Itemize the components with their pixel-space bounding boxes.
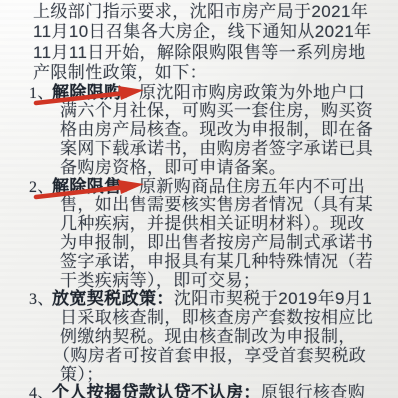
list-item-4: 4、个人按揭贷款认贷不认房：原银行核查购: [29, 384, 398, 398]
item-2-cont-line: 签字承诺，申报具有某几种特殊情况（若: [60, 253, 398, 272]
item-2-text: 原新购商品住房五年内不可出: [139, 177, 365, 196]
item-2-number: 2、: [29, 179, 52, 198]
intro-line-3: 11月11日开始，解除限购限售等一系列房地: [33, 43, 398, 63]
list-item-1: 1、解除限购：原沈阳市购房政策为外地户口: [29, 84, 398, 103]
intro-line-4: 产限制性政策，如下：: [33, 63, 398, 83]
item-2-cont-line: 为申报制，即出售者按房产局制式承诺书: [60, 234, 398, 253]
item-4-heading: 个人按揭贷款认贷不认房：: [52, 383, 261, 398]
item-1-cont-line: 格由房产局核查。现改为申报制，即在备: [60, 121, 398, 140]
item-3-cont-line: 例缴纳契税。现由核查制改为申报制，: [60, 328, 398, 347]
list-item-3: 3、放宽契税政策：沈阳市契税于2019年9月1: [29, 290, 398, 309]
item-1-text: 原沈阳市购房政策为外地户口: [139, 83, 365, 102]
item-1-number: 1、: [29, 85, 52, 104]
item-2-cont-line: 干类疾病等），即可交易；: [60, 272, 398, 291]
item-3-cont-line: （购房者可按首套申报，享受首套契税政: [53, 347, 398, 366]
item-3-text: 沈阳市契税于2019年9月1: [174, 289, 372, 308]
item-2-cont-line: 售，如出售需要核实售房者情况（具有某: [60, 196, 398, 215]
item-1-cont-line: 满六个月社保，可购买一套住房，购买资: [60, 102, 398, 121]
item-3-heading: 放宽契税政策：: [52, 289, 174, 308]
item-1-heading: 解除限购：: [52, 83, 139, 102]
item-3-number: 3、: [29, 291, 52, 310]
intro-line-2: 11月10日召集各大房企，线下通知从2021年: [33, 22, 398, 42]
intro-line-1: 上级部门指示要求，沈阳市房产局于2021年: [33, 2, 398, 22]
item-2-heading: 解除限售：: [52, 177, 139, 196]
item-2-cont-line: 几种疾病，并提供相关证明材料）。现改: [60, 215, 398, 234]
item-3-cont-line: 策）；: [60, 366, 398, 385]
item-3-cont-line: 日采取核查制，即核查房产套数按相应比: [60, 309, 398, 328]
item-4-number: 4、: [29, 385, 52, 398]
document-text: 上级部门指示要求，沈阳市房产局于2021年 11月10日召集各大房企，线下通知从…: [0, 2, 398, 398]
list-item-2: 2、解除限售：原新购商品住房五年内不可出: [29, 178, 398, 197]
item-1-cont-line: 案网下载承诺书，由购房者签字承诺已具: [60, 140, 398, 159]
item-4-text: 原银行核查购: [261, 383, 365, 398]
item-1-cont-line: 备购房资格，即可申请备案。: [60, 159, 398, 178]
document-photo: 上级部门指示要求，沈阳市房产局于2021年 11月10日召集各大房企，线下通知从…: [0, 0, 398, 398]
